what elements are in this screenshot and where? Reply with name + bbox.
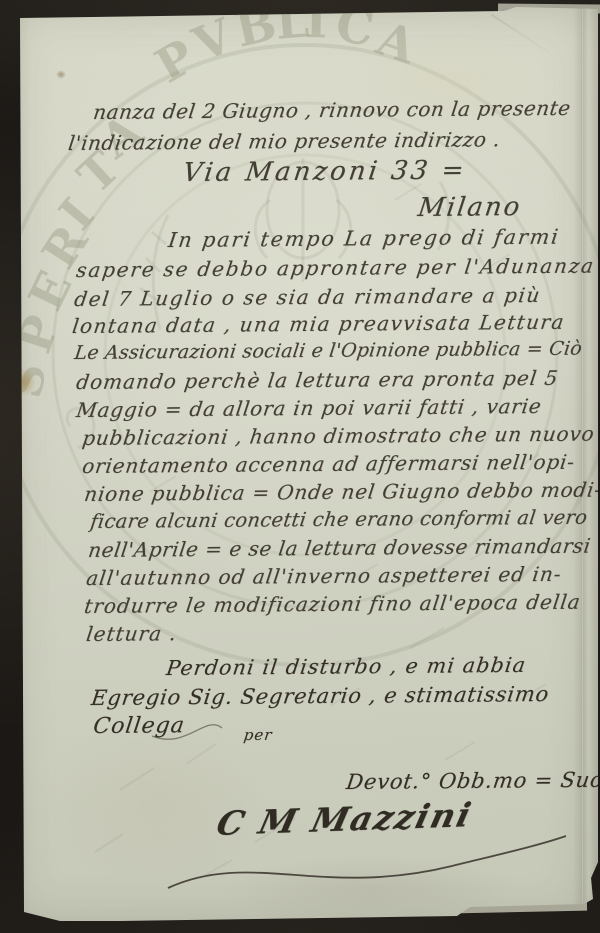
letter-line: sapere se debbo approntare per l'Adunanz… [75, 253, 597, 282]
seal-rim-letter: I [305, 0, 328, 49]
letter-line: orientamento accenna ad affermarsi nell'… [81, 450, 577, 478]
letter-line: trodurre le modificazioni fino all'epoca… [83, 590, 583, 618]
seal-rim-letter: S [0, 359, 58, 402]
letter-line: domando perchè la lettura era pronta pel… [75, 366, 560, 394]
letter-line: nanza del 2 Giugno , rinnovo con la pres… [92, 96, 572, 124]
letter-line: Perdoni il disturbo , e mi abbia [165, 653, 528, 680]
seal-rim-letter: I [49, 189, 105, 241]
seal-rim-letter: C [332, 0, 378, 58]
seal-rim-letter: A [369, 11, 423, 75]
letter-line: ficare alcuni concetti che erano conform… [89, 506, 589, 533]
fold-crease-diagonal [491, 14, 558, 58]
letter-line: nione pubblica = Onde nel Giugno debbo m… [83, 477, 600, 506]
seal-rim-letter: P [7, 309, 70, 360]
letter-line: per [243, 726, 274, 744]
letter-line: nell'Aprile = e se la lettura dovesse ri… [87, 534, 592, 562]
seal-rim-letter: B [230, 0, 281, 59]
letter-line: pubblicazioni , hanno dimostrato che un … [81, 422, 596, 450]
letter-line: Egregio Sig. Segretario , e stimatissimo [90, 682, 551, 710]
seal-rim-letter: L [273, 0, 311, 51]
letter-line: In pari tempo La prego di farmi [167, 225, 562, 252]
letter-line: Devot.° Obb.mo = Suo [345, 768, 600, 794]
letter-line: lontana data , una mia preavvisata Lettu… [71, 310, 567, 338]
letter-line: del 7 Luglio o se sia da rimandare a più [73, 283, 543, 311]
letter-line: Collega [92, 713, 187, 739]
signature: C M Mazzini [213, 795, 477, 843]
letter-line: Le Assicurazioni sociali e l'Opinione pu… [73, 338, 583, 364]
letter-line: Maggio = da allora in poi varii fatti , … [75, 394, 543, 422]
letter-paper: SPERITAPVBLICA nanza del 2 Giugno , rinn… [0, 0, 600, 933]
signature-flourish [168, 836, 566, 888]
letter-line: l'indicazione del mio presente indirizzo… [67, 127, 502, 155]
seal-rim-letter: V [185, 8, 242, 74]
paper-stain [220, 856, 520, 926]
scanned-letter-page: SPERITAPVBLICA nanza del 2 Giugno , rinn… [0, 0, 600, 933]
paper-stain [56, 70, 66, 79]
seal-rim-letter: P [147, 29, 205, 94]
letter-line: lettura . [85, 621, 179, 646]
letter-line: Milano [416, 192, 523, 223]
letter-line: Via Manzoni 33 = [181, 156, 468, 188]
paper-stain [12, 368, 36, 396]
letter-line: all'autunno od all'inverno aspetterei ed… [85, 562, 563, 590]
